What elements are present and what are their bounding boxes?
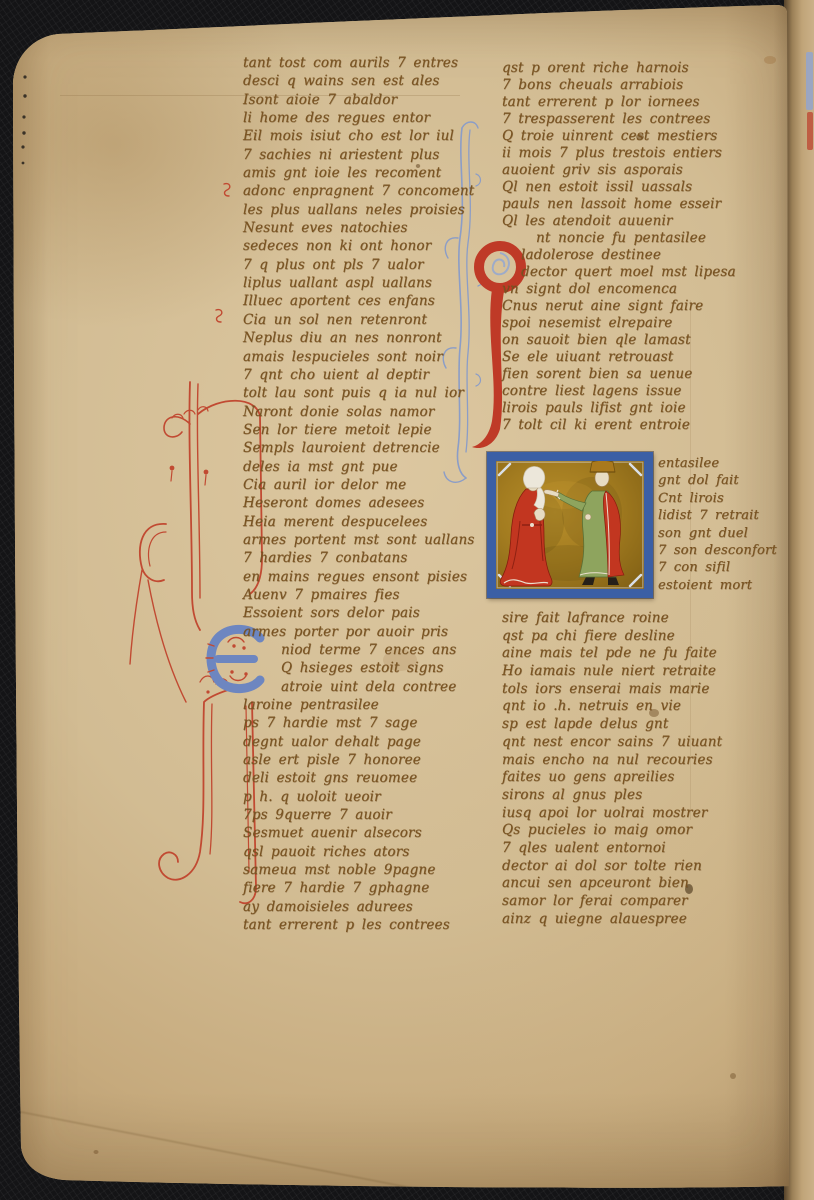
right-text-beside-miniature: entasileegnt dol faitCnt liroislidist 7 … bbox=[658, 455, 790, 594]
text-line: tols iors enserai mais marie bbox=[502, 681, 787, 699]
text-line: Nesunt eves natochies bbox=[243, 219, 495, 237]
text-line: spoi nesemist elrepaire bbox=[502, 315, 787, 332]
text-line: Naront donie solas namor bbox=[243, 403, 495, 421]
text-line: qnt io .h. netruis en vie bbox=[502, 698, 787, 716]
text-line: tant errerent p lor iornees bbox=[502, 94, 787, 111]
text-line: 7 qnt cho uient al deptir bbox=[243, 366, 495, 384]
text-line: fiere 7 hardie 7 gphagne bbox=[243, 879, 495, 897]
text-line: degnt ualor dehalt page bbox=[243, 733, 495, 751]
text-line: Cnus nerut aine signt faire bbox=[502, 298, 787, 315]
text-line: tant errerent p les contrees bbox=[243, 916, 495, 934]
text-line: qsl pauoit riches ators bbox=[243, 843, 495, 861]
text-line: Cia un sol nen retenront bbox=[243, 311, 495, 329]
text-line: dector ai dol sor tolte rien bbox=[502, 858, 787, 876]
text-line: qnt nest encor sains 7 uiuant bbox=[502, 734, 787, 752]
text-line: amais lespucieles sont noir bbox=[243, 348, 495, 366]
text-line: deles ia mst gnt pue bbox=[243, 458, 495, 476]
text-line: Isont aioie 7 abaldor bbox=[243, 91, 495, 109]
text-line: ps 7 hardie mst 7 sage bbox=[243, 714, 495, 732]
text-line: p h. q uoloit ueoir bbox=[243, 788, 495, 806]
text-line: tolt lau sont puis q ia nul ior bbox=[243, 384, 495, 402]
text-line: deli estoit gns reuomee bbox=[243, 769, 495, 787]
text-line: estoient mort bbox=[658, 577, 790, 594]
text-line: mais encho na nul recouries bbox=[502, 752, 787, 770]
text-line: 7 trespasserent les contrees bbox=[502, 111, 787, 128]
text-line: iusq apoi lor uolrai mostrer bbox=[502, 805, 787, 823]
text-line: gnt dol fait bbox=[658, 472, 790, 489]
text-line: armes portent mst sont uallans bbox=[243, 531, 495, 549]
text-line: asle ert pisle 7 honoree bbox=[243, 751, 495, 769]
text-line: Ql nen estoit issil uassals bbox=[502, 179, 787, 196]
miniature bbox=[487, 452, 653, 598]
text-line: faites uo gens apreilies bbox=[502, 769, 787, 787]
miniature-scene bbox=[496, 461, 644, 589]
text-line: lidist 7 retrait bbox=[658, 507, 790, 524]
text-line: Auenv 7 pmaires fies bbox=[243, 586, 495, 604]
parchment-page: tant tost com aurils 7 entresdesci q wai… bbox=[0, 0, 814, 1200]
right-text-column-upper: qst p orent riche harnois7 bons cheuals … bbox=[502, 60, 787, 434]
text-line: Heseront domes adesees bbox=[243, 494, 495, 512]
photograph-backdrop: tant tost com aurils 7 entresdesci q wai… bbox=[0, 0, 814, 1200]
text-line: Heia merent despucelees bbox=[243, 513, 495, 531]
text-line: nt noncie fu pentasilee bbox=[502, 230, 787, 247]
text-line: adonc enpragnent 7 concoment bbox=[243, 182, 495, 200]
red-paraph-marks bbox=[216, 184, 230, 322]
text-line: atroie uint dela contree bbox=[243, 678, 495, 696]
text-line: son gnt duel bbox=[658, 525, 790, 542]
text-line: sirons al gnus ples bbox=[502, 787, 787, 805]
text-line: liplus uallant aspl uallans bbox=[243, 274, 495, 292]
text-line: les plus uallans neles proisies bbox=[243, 201, 495, 219]
text-line: Essoient sors delor pais bbox=[243, 604, 495, 622]
text-line: aine mais tel pde ne fu faite bbox=[502, 645, 787, 663]
text-line: ancui sen apceuront bien bbox=[502, 875, 787, 893]
text-line: Cia auril ior delor me bbox=[243, 476, 495, 494]
text-line: amis gnt ioie les recoment bbox=[243, 164, 495, 182]
text-line: 7 tolt cil ki erent entroie bbox=[502, 417, 787, 434]
text-line: 7 son desconfort bbox=[658, 542, 790, 559]
text-line: qst p orent riche harnois bbox=[502, 60, 787, 77]
text-line: auoient griv sis asporais bbox=[502, 162, 787, 179]
text-line: dector quert moel mst lipesa bbox=[502, 264, 787, 281]
text-line: ainz q uiegne alauespree bbox=[502, 911, 787, 929]
text-line: Sempls lauroient detrencie bbox=[243, 439, 495, 457]
text-line: Sesmuet auenir alsecors bbox=[243, 824, 495, 842]
text-line: Qs pucieles io maig omor bbox=[502, 822, 787, 840]
text-line: 7 sachies ni ariestent plus bbox=[243, 146, 495, 164]
text-line: desci q wains sen est ales bbox=[243, 72, 495, 90]
text-line: sire fait lafrance roine bbox=[502, 610, 787, 628]
text-line: contre liest lagens issue bbox=[502, 383, 787, 400]
text-line: samor lor ferai comparer bbox=[502, 893, 787, 911]
text-line: en mains regues ensont pisies bbox=[243, 568, 495, 586]
text-line: lirois pauls lifist gnt ioie bbox=[502, 400, 787, 417]
text-line: sedeces non ki ont honor bbox=[243, 237, 495, 255]
text-line: Ql les atendoit auuenir bbox=[502, 213, 787, 230]
text-line: Se ele uiuant retrouast bbox=[502, 349, 787, 366]
text-line: sameua mst noble 9pagne bbox=[243, 861, 495, 879]
text-line: 7ps 9querre 7 auoir bbox=[243, 806, 495, 824]
right-text-column-lower: sire fait lafrance roineqst pa chi fiere… bbox=[502, 610, 787, 928]
text-line: Q hsieges estoit signs bbox=[243, 659, 495, 677]
text-line: laroine pentrasilee bbox=[243, 696, 495, 714]
text-line: tant tost com aurils 7 entres bbox=[243, 54, 495, 72]
text-line: Sen lor tiere metoit lepie bbox=[243, 421, 495, 439]
text-line: vn signt dol encomenca bbox=[502, 281, 787, 298]
text-line: 7 qles ualent entornoi bbox=[502, 840, 787, 858]
text-line: pauls nen lassoit home esseir bbox=[502, 196, 787, 213]
left-text-column: tant tost com aurils 7 entresdesci q wai… bbox=[243, 54, 495, 935]
text-line: 7 hardies 7 conbatans bbox=[243, 549, 495, 567]
text-line: Neplus diu an nes nonront bbox=[243, 329, 495, 347]
text-line: 7 con sifil bbox=[658, 559, 790, 576]
text-line: niod terme 7 ences ans bbox=[243, 641, 495, 659]
facing-page-red-penwork bbox=[807, 112, 813, 150]
text-line: 7 q plus ont pls 7 ualor bbox=[243, 256, 495, 274]
text-line: Ho iamais nule niert retraite bbox=[502, 663, 787, 681]
text-line: armes porter por auoir pris bbox=[243, 623, 495, 641]
text-line: Cnt lirois bbox=[658, 490, 790, 507]
facing-page-blue-penwork bbox=[806, 52, 813, 110]
prick-marks bbox=[21, 75, 26, 164]
text-line: li home des regues entor bbox=[243, 109, 495, 127]
text-line: qst pa chi fiere desline bbox=[502, 628, 787, 646]
text-line: fien sorent bien sa uenue bbox=[502, 366, 787, 383]
text-line: ii mois 7 plus trestois entiers bbox=[502, 145, 787, 162]
text-line: Q troie uinrent cest mestiers bbox=[502, 128, 787, 145]
text-line: entasilee bbox=[658, 455, 790, 472]
text-line: 7 bons cheuals arrabiois bbox=[502, 77, 787, 94]
text-line: sp est lapde delus gnt bbox=[502, 716, 787, 734]
text-line: ay damoisieles adurees bbox=[243, 898, 495, 916]
text-line: on sauoit bien qle lamast bbox=[502, 332, 787, 349]
text-line: ladolerose destinee bbox=[502, 247, 787, 264]
text-line: Illuec aportent ces enfans bbox=[243, 292, 495, 310]
text-line: Eil mois isiut cho est lor iul bbox=[243, 127, 495, 145]
